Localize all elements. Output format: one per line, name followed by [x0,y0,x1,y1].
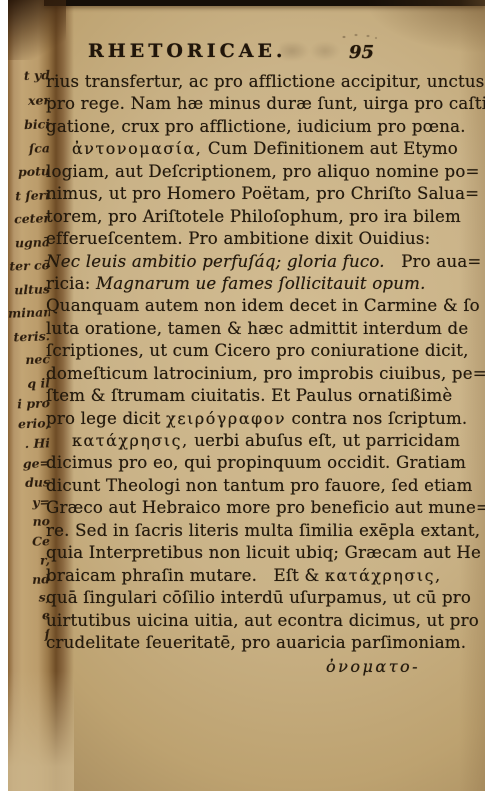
text-segment: logiam, aut Deſcriptionem, pro aliquo no… [46,162,480,181]
ink-specks [338,33,380,41]
text-line: pro rege. Nam hæ minus duræ ſunt, uirga … [46,93,464,115]
gutter-fragment: potu [8,165,50,179]
text-segment: uerbi abuſus eſt, ut parricidam [189,431,461,450]
running-header: RHETORICAE. [88,40,274,62]
text-segment: efferueſcentem. Pro ambitione dixit Ouid… [46,229,430,248]
text-line: quia Interpretibus non licuit ubiq; Græc… [46,542,464,564]
text-line: Græco aut Hebraico more pro beneficio au… [46,497,464,519]
text-segment: ſtem & ſtrumam ciuitatis. Et Paulus orna… [46,386,452,405]
gutter-fragment: ultus [8,283,50,297]
text-line: logiam, aut Deſcriptionem, pro aliquo no… [46,161,464,183]
text-segment: Quanquam autem non idem decet in Carmine… [46,296,480,315]
text-line: braicam phraſin mutare. Eſt & κατάχρησις… [46,565,464,587]
text-segment: dicimus pro eo, qui propinquum occidit. … [46,453,466,472]
ink-bleedthrough [280,42,340,60]
gutter-fragment: xer [8,94,50,108]
text-segment: domeſticum latrocinium, pro improbis ciu… [46,364,485,383]
text-segment: Pro aua= [385,252,482,271]
text-segment: Cum Definitionem aut Etymo [202,139,458,158]
gutter-fragment: dus [8,476,50,490]
text-line: rius transfertur, ac pro afflictione acc… [46,71,464,93]
text-line: efferueſcentem. Pro ambitione dixit Ouid… [46,228,464,250]
gutter-fragment: erio, [8,417,50,431]
text-line: domeſticum latrocinium, pro improbis ciu… [46,363,464,385]
text-line: luta oratione, tamen & hæc admittit inte… [46,318,464,340]
text-segment: ricia: [46,274,96,293]
text-line: κατάχρησις, uerbi abuſus eſt, ut parrici… [46,430,464,452]
text-line: nimus, ut pro Homero Poëtam, pro Chriſto… [46,183,464,205]
text-segment: braicam phraſin mutare. Eſt & [46,566,325,585]
scan-corner-shadow [8,0,66,60]
text-segment: ſcriptiones, ut cum Cicero pro coniurati… [46,341,469,360]
greek-term: κατάχρησις, [325,566,442,585]
gutter-fragment: minan [8,306,50,320]
text-segment: quia Interpretibus non licuit ubiq; Græc… [46,543,481,562]
screenshot-root: { "scan": { "header": { "title": "RHETOR… [0,0,485,800]
text-line: ricia: Magnarum ue fames ſollicitauit op… [46,273,464,295]
gutter-fragment: nec [8,353,50,367]
text-block: rius transfertur, ac pro afflictione acc… [46,71,464,654]
text-segment: rius transfertur, ac pro afflictione acc… [46,72,485,91]
text-line: uirtutibus uicina uitia, aut econtra dic… [46,610,464,632]
catchword: ὀνοματο- [326,657,420,676]
page-number: 95 [349,42,374,63]
gutter-fragment: ſca [8,142,50,156]
gutter-fragment: s, [8,591,50,605]
text-segment: nimus, ut pro Homero Poëtam, pro Chriſto… [46,184,479,203]
text-segment: contra nos ſcriptum. [286,409,467,428]
text-line: Nec leuis ambitio perfuſáq; gloria fuco.… [46,251,464,273]
gutter-fragment: i pro [8,397,50,411]
text-line: torem, pro Ariſtotele Philoſophum, pro i… [46,206,464,228]
text-line: ἀντονομασία, Cum Definitionem aut Etymo [46,138,464,160]
gutter-fragment: t yd [8,69,50,83]
gutter-fragment: . Hi [8,437,50,451]
gutter-fragment: y= [8,496,50,510]
text-line: pro lege dicit χειρόγραφον contra nos ſc… [46,408,464,430]
gutter-bottom-fade [8,671,74,791]
gutter-fragment: nd [8,573,50,587]
text-segment: dicunt Theologi non tantum pro fauore, ſ… [46,476,473,495]
greek-term: κατάχρησις, [72,431,189,450]
greek-term: χειρόγραφον [166,409,286,428]
text-segment: Nec leuis ambitio perfuſáq; gloria fuco. [46,252,385,271]
text-segment: uirtutibus uicina uitia, aut econtra dic… [46,611,479,630]
text-segment: re. Sed in ſacris literis multa ſimilia … [46,521,480,540]
gutter-fragment: bici [8,118,50,132]
gutter-fragment: no [8,515,50,529]
text-line: ſtem & ſtrumam ciuitatis. Et Paulus orna… [46,385,464,407]
greek-term: ἀντονομασία, [72,139,202,158]
gutter-fragment: ugnā [8,236,50,250]
text-segment: quā ſingulari cōſilio interdū uſurpamus,… [46,588,471,607]
text-line: crudelitate ſeueritatē, pro auaricia par… [46,632,464,654]
gutter-fragment: r, [8,554,50,568]
text-line: gatione, crux pro afflictione, iudicium … [46,116,464,138]
gutter-fragment: Ce [8,535,50,549]
gutter-fragment: q il [8,377,50,391]
gutter-fragment: ſ [8,628,50,642]
text-line: quā ſingulari cōſilio interdū uſurpamus,… [46,587,464,609]
text-segment: luta oratione, tamen & hæc admittit inte… [46,319,468,338]
text-line: dicimus pro eo, qui propinquum occidit. … [46,452,464,474]
gutter-fragment: e [8,609,50,623]
text-segment: pro rege. Nam hæ minus duræ ſunt, uirga … [46,94,485,113]
text-segment: crudelitate ſeueritatē, pro auaricia par… [46,633,466,652]
text-segment: gatione, crux pro afflictione, iudicium … [46,117,466,136]
text-segment: Magnarum ue fames ſollicitauit opum. [96,274,426,293]
book-page-scan: t ydxerbiciſcapotut ſericeterugnāter cōu… [8,0,485,791]
gutter-fragment: t ſeri [8,189,50,203]
text-line: dicunt Theologi non tantum pro fauore, ſ… [46,475,464,497]
text-line: re. Sed in ſacris literis multa ſimilia … [46,520,464,542]
text-segment: Græco aut Hebraico more pro beneficio au… [46,498,485,517]
gutter-fragment: ceter [8,212,50,226]
text-line: Quanquam autem non idem decet in Carmine… [46,295,464,317]
gutter-fragment: teris. [8,330,50,344]
gutter-fragment: ge= [8,457,50,471]
text-segment: torem, pro Ariſtotele Philoſophum, pro i… [46,207,461,226]
text-line: ſcriptiones, ut cum Cicero pro coniurati… [46,340,464,362]
text-segment: pro lege dicit [46,409,166,428]
gutter-fragment: ter cō [8,259,50,273]
